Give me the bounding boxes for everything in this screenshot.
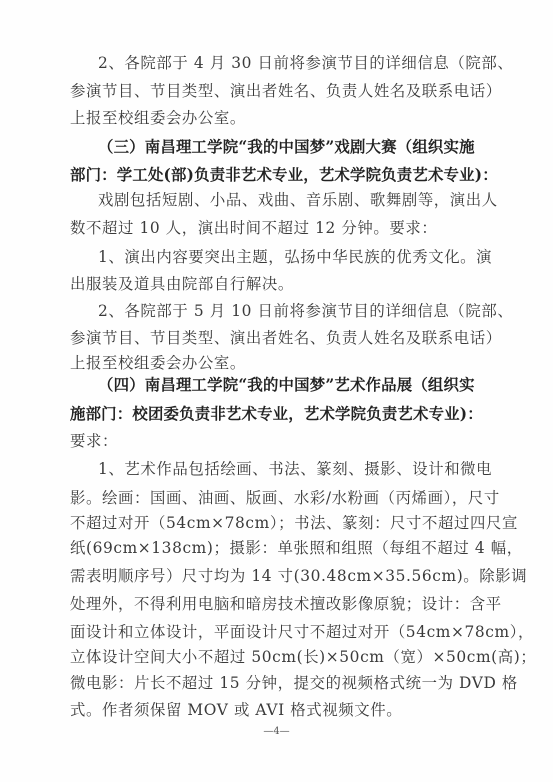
- paragraph-line: 2、各院部于 4 月 30 日前将参演节目的详细信息（院部、: [98, 53, 470, 73]
- paragraph-line: 上报至校组委会办公室。: [70, 108, 470, 128]
- paragraph-line: 需表明顺序号）尺寸均为 14 寸(30.48cm×35.56cm)。除影调: [70, 566, 470, 586]
- paragraph-line: 参演节目、节目类型、演出者姓名、负责人姓名及联系电话）: [70, 81, 470, 101]
- paragraph-line: 不超过对开（54cm×78cm）；书法、篆刻：尺寸不超过四尺宣: [70, 513, 470, 533]
- paragraph-line: 1、演出内容要突出主题，弘扬中华民族的优秀文化。演: [98, 247, 470, 267]
- document-page: 2、各院部于 4 月 30 日前将参演节目的详细信息（院部、参演节目、节目类型、…: [0, 0, 553, 782]
- paragraph-line: 1、艺术作品包括绘画、书法、篆刻、摄影、设计和微电: [98, 459, 470, 479]
- paragraph-line: 影。绘画：国画、油画、版画、水彩/水粉画（丙烯画），尺寸: [70, 488, 470, 508]
- paragraph-line: 上报至校组委会办公室。: [70, 353, 470, 373]
- paragraph-line: 式。作者须保留 MOV 或 AVI 格式视频文件。: [70, 700, 470, 720]
- paragraph-line: 出服装及道具由院部自行解决。: [70, 274, 470, 294]
- paragraph-line: 戏剧包括短剧、小品、戏曲、音乐剧、歌舞剧等，演出人: [98, 190, 470, 210]
- paragraph-line: 数不超过 10 人，演出时间不超过 12 分钟。要求：: [70, 218, 470, 238]
- paragraph-line: 要求：: [70, 431, 470, 451]
- paragraph-line: 立体设计空间大小不超过 50cm(长)×50cm（宽）×50cm(高)；: [70, 647, 470, 667]
- page-number: —4—: [0, 724, 553, 740]
- section-heading-line: 部门：学工处(部)负责非艺术专业，艺术学院负责艺术专业)：: [70, 165, 470, 185]
- section-heading-line: （三）南昌理工学院“我的中国梦”戏剧大赛（组织实施: [98, 137, 470, 157]
- paragraph-line: 纸(69cm×138cm)；摄影：单张照和组照（每组不超过 4 幅，: [70, 538, 470, 558]
- section-heading-line: 施部门：校团委负责非艺术专业，艺术学院负责艺术专业)：: [70, 404, 470, 424]
- section-heading-line: （四）南昌理工学院“我的中国梦”艺术作品展（组织实: [98, 375, 470, 395]
- paragraph-line: 面设计和立体设计，平面设计尺寸不超过对开（54cm×78cm），: [70, 622, 470, 642]
- paragraph-line: 处理外，不得利用电脑和暗房技术擅改影像原貌；设计：含平: [70, 594, 470, 614]
- paragraph-line: 参演节目、节目类型、演出者姓名、负责人姓名及联系电话）: [70, 328, 470, 348]
- paragraph-line: 2、各院部于 5 月 10 日前将参演节目的详细信息（院部、: [98, 301, 470, 321]
- paragraph-line: 微电影：片长不超过 15 分钟，提交的视频格式统一为 DVD 格: [70, 673, 470, 693]
